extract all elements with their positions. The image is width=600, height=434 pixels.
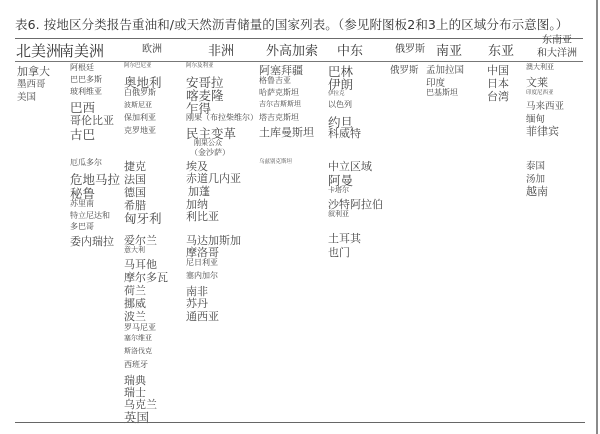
country-name: 科威特 [328,125,361,141]
country-name: 塞内加尔 [186,270,218,281]
country-name: 保加利亚 [124,112,156,123]
column-header: 外高加索 [266,40,318,59]
country-name: 罗马尼亚 [124,322,156,333]
country-name: 利比亚 [186,208,219,224]
country-name: 越南 [526,183,548,199]
table-caption: 表6. 按地区分类报告重油和/或天然沥青储量的国家列表。（参见附图板2和3上的区… [15,15,568,33]
country-name: 西班牙 [124,359,148,370]
country-name: 美国 [17,89,36,103]
country-name: 意大利 [124,245,145,255]
country-name: 泰国 [526,158,545,172]
country-name: 格鲁吉亚 [259,75,291,86]
column-header: 北美洲 [16,40,61,61]
column-header: 欧洲 [142,40,162,55]
country-name: 古巴 [70,125,95,143]
country-name: 特立尼达和 [70,210,110,221]
country-name: 白俄罗斯 [124,87,156,98]
table-bottom-rule [15,422,585,423]
country-name: 波斯尼亚 [124,100,152,110]
country-name: 俄罗斯 [390,62,419,76]
country-name: 厄瓜多尔 [70,157,102,168]
column-header: 南亚 [436,40,462,59]
country-name: 通西亚 [186,308,219,324]
country-name: 马来西亚 [526,98,564,112]
country-name: 也门 [328,244,350,260]
country-name: 卡塔尔 [328,185,349,195]
country-name: 孟加拉国 [426,62,464,76]
country-name: 菲律宾 [526,123,559,139]
country-name: 墨西哥 [17,76,46,90]
country-name: 阿根廷 [70,62,94,73]
column-header-line: 和大洋洲 [537,47,577,60]
country-name: 匈牙利 [124,209,162,227]
country-name: 刚果（布拉柴维尔） [186,112,258,123]
column-header: 非洲 [208,40,234,59]
country-name: 印度尼西亚 [526,88,554,96]
country-name: 塔吉克斯坦 [259,112,299,123]
column-header: 南美洲 [59,40,104,61]
country-name: （金沙萨） [190,147,230,158]
country-name: 玻利维亚 [70,86,102,97]
country-name: 台湾 [487,88,509,104]
country-name: 斯洛伐克 [124,346,152,356]
column-header-line: 东南亚 [537,34,577,47]
column-header: 东南亚和大洋洲 [537,34,577,60]
country-name: 委内瑞拉 [70,233,114,249]
column-header: 中东 [337,40,363,59]
country-name: 阿尔及利亚 [186,61,214,69]
country-name: 多巴哥 [70,221,94,232]
country-name: 土库曼斯坦 [259,124,314,140]
country-name: 克罗地亚 [124,125,156,136]
country-name: 英国 [124,408,149,426]
country-name: 苏里南 [70,198,94,209]
country-name: 哈萨克斯坦 [259,87,299,98]
country-name: 澳大利亚 [526,62,554,72]
page-right-border [596,0,598,434]
country-name: 伊拉克 [328,89,345,97]
country-name: 尼日利亚 [186,257,218,268]
country-name: 巴巴多斯 [70,74,102,85]
column-header: 俄罗斯 [395,40,425,55]
country-name: 巴基斯坦 [426,87,458,98]
country-name: 吉尔吉斯斯坦 [259,99,301,109]
table-top-rule [15,38,583,39]
country-name: 阿尔巴尼亚 [124,61,152,69]
country-name: 乌兹别克斯坦 [259,157,292,165]
country-name: 叙利亚 [328,209,349,219]
country-name: 以色列 [328,99,352,110]
column-header: 东亚 [488,40,514,59]
country-name: 塞尔维亚 [124,333,152,343]
